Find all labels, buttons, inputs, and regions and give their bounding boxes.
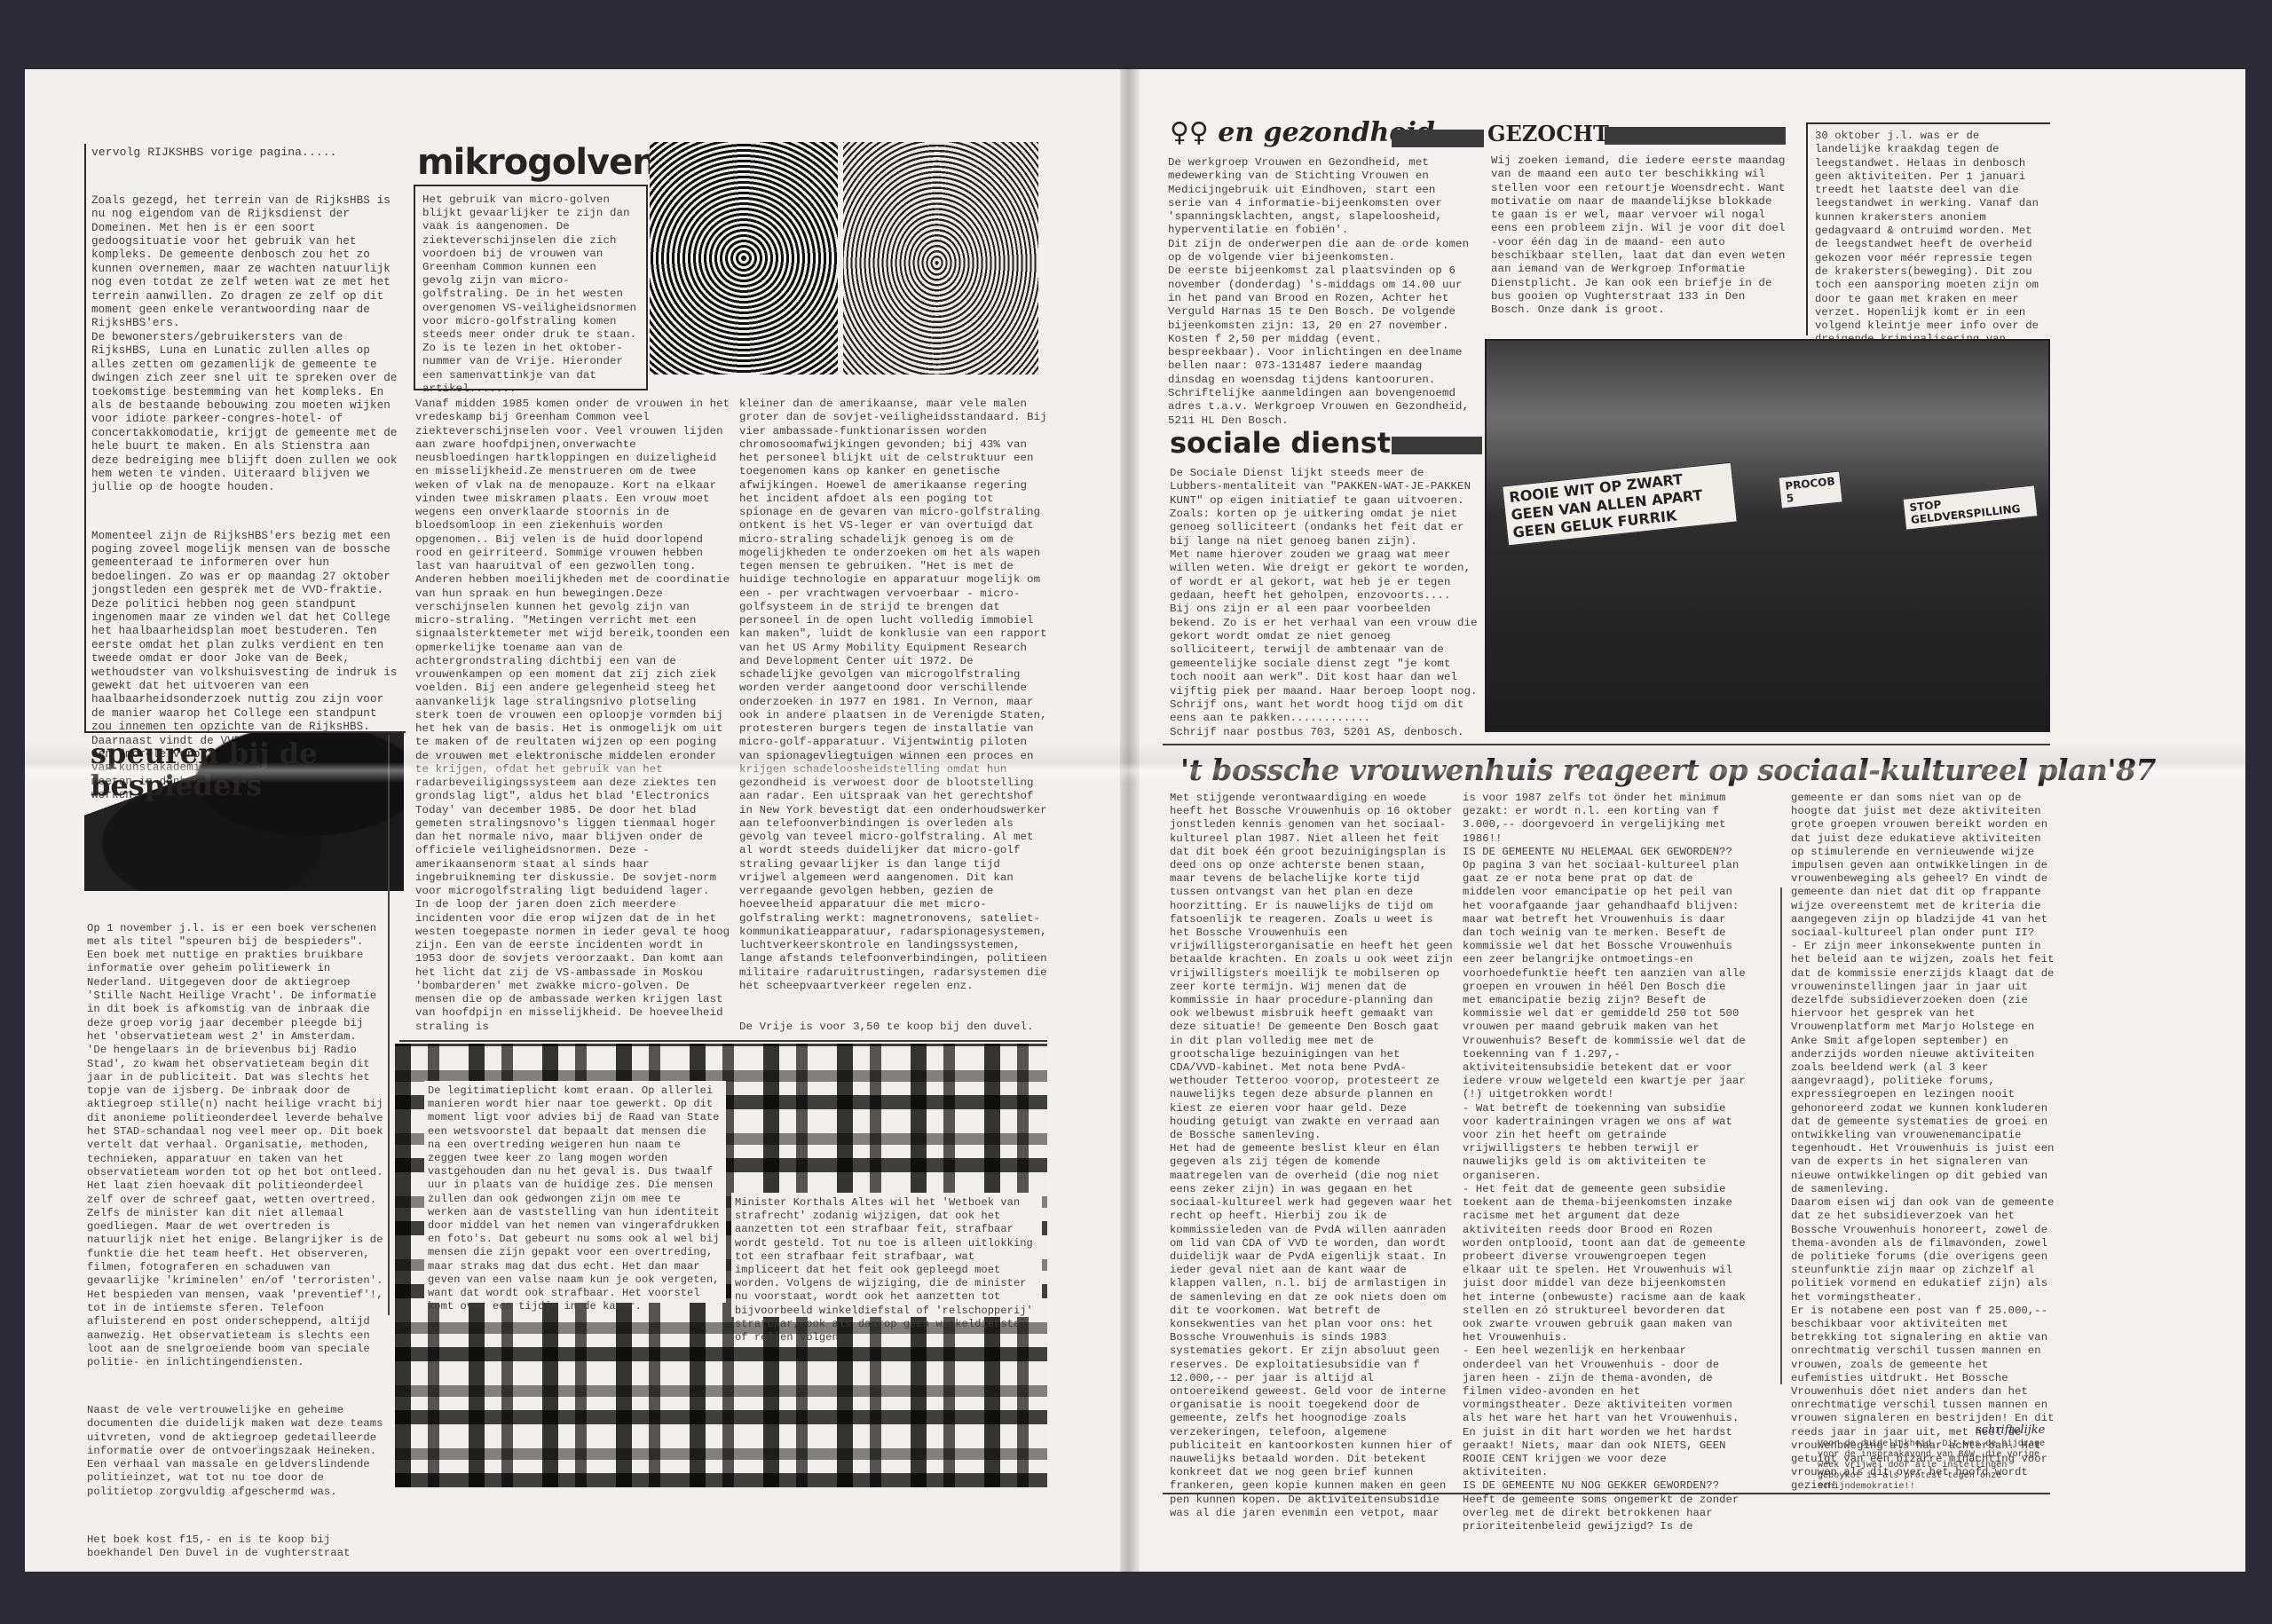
spiral-illustration-2 bbox=[843, 142, 1038, 374]
rijkshbs-text: Zoals gezegd, het terrein van de RijksHB… bbox=[91, 167, 404, 824]
mikrogolven-column-2: kleiner dan de amerikaanse, maar vele ma… bbox=[739, 398, 1050, 993]
speuren-text: Op 1 november j.l. is er een boek versch… bbox=[87, 895, 389, 1581]
protest-banner-main: ROOIE WIT OP ZWART GEEN VAN ALLEN APART … bbox=[1502, 462, 1738, 547]
protest-banner-3: STOP GELDVERSPILLING bbox=[1903, 485, 2039, 530]
demonstration-photo: ROOIE WIT OP ZWART GEEN VAN ALLEN APART … bbox=[1485, 339, 2050, 732]
mikrogolven-intro: Het gebruik van micro-golven blijkt geva… bbox=[422, 193, 643, 396]
gezocht-title-bar bbox=[1605, 127, 1786, 145]
speuren-paragraph-3: Het boek kost f15,- en is te koop bij bo… bbox=[87, 1533, 389, 1561]
legitimatie-text: De legitimatieplicht komt eraan. Op alle… bbox=[428, 1084, 722, 1313]
sociale-dienst-title: sociale dienst bbox=[1170, 426, 1391, 460]
mikrogolven-footer: De Vrije is voor 3,50 te koop bij den du… bbox=[739, 1021, 1050, 1035]
rijkshbs-paragraph-1: Zoals gezegd, het terrein van de RijksHB… bbox=[91, 194, 404, 495]
vrouwenhuis-column-3: gemeente er dan soms niet van op de hoog… bbox=[1791, 792, 2057, 1494]
vrouwenhuis-note: Voor de duidelijkheid. Dit was de bijdra… bbox=[1818, 1439, 2050, 1493]
rijkshbs-continuation: vervolg RIJKSHBS vorige pagina..... bbox=[91, 146, 402, 160]
gezocht-title: GEZOCHT: bbox=[1487, 121, 1616, 146]
vrouwenhuis-title: 't bossche vrouwenhuis reageert op socia… bbox=[1180, 753, 2156, 787]
sociale-dienst-text: De Sociale Dienst lijkt steeds meer de L… bbox=[1170, 467, 1480, 739]
mikrogolven-column-1: Vanaf midden 1985 komen onder de vrouwen… bbox=[415, 398, 735, 1034]
center-fold bbox=[1120, 69, 1140, 1572]
vrouwenhuis-bottom-rule bbox=[1163, 1493, 2050, 1494]
gezocht-text: Wij zoeken iemand, die iedere eerste maa… bbox=[1491, 154, 1788, 318]
speuren-paragraph-2: Naast de vele vertrouwelijke en geheime … bbox=[87, 1404, 389, 1499]
spiral-illustration-1 bbox=[650, 142, 838, 374]
mikrogolven-title: mikrogolven bbox=[417, 142, 657, 183]
vrouwenhuis-column-2: is voor 1987 zelfs tot önder het minimum… bbox=[1463, 792, 1747, 1533]
handwritten-annotation: schriftelijke bbox=[1976, 1423, 2045, 1437]
sociale-dienst-bottom-rule bbox=[1163, 744, 2050, 745]
gezondheid-title-bar bbox=[1392, 130, 1484, 147]
protest-banner-2: PROCOB 5 bbox=[1778, 470, 1842, 508]
sociale-dienst-title-bar bbox=[1392, 437, 1482, 454]
speuren-title-line-1: speuren bij de bbox=[91, 737, 318, 770]
speuren-title-line-2: bespieders bbox=[91, 769, 262, 802]
vrouwenhuis-column-1: Met stijgende verontwaardiging en woede … bbox=[1170, 792, 1454, 1520]
speuren-paragraph-1: Op 1 november j.l. is er een boek versch… bbox=[87, 922, 389, 1370]
section-rule bbox=[399, 1040, 1047, 1042]
korthals-text: Minister Korthals Altes wil het 'Wetboek… bbox=[735, 1196, 1038, 1344]
vrouwenhuis-column-divider bbox=[1780, 887, 1782, 1384]
leegstand-text: 30 oktober j.l. was er de landelijke kra… bbox=[1815, 130, 2047, 374]
gezondheid-text: De werkgroep Vrouwen en Gezondheid, met … bbox=[1168, 156, 1474, 428]
